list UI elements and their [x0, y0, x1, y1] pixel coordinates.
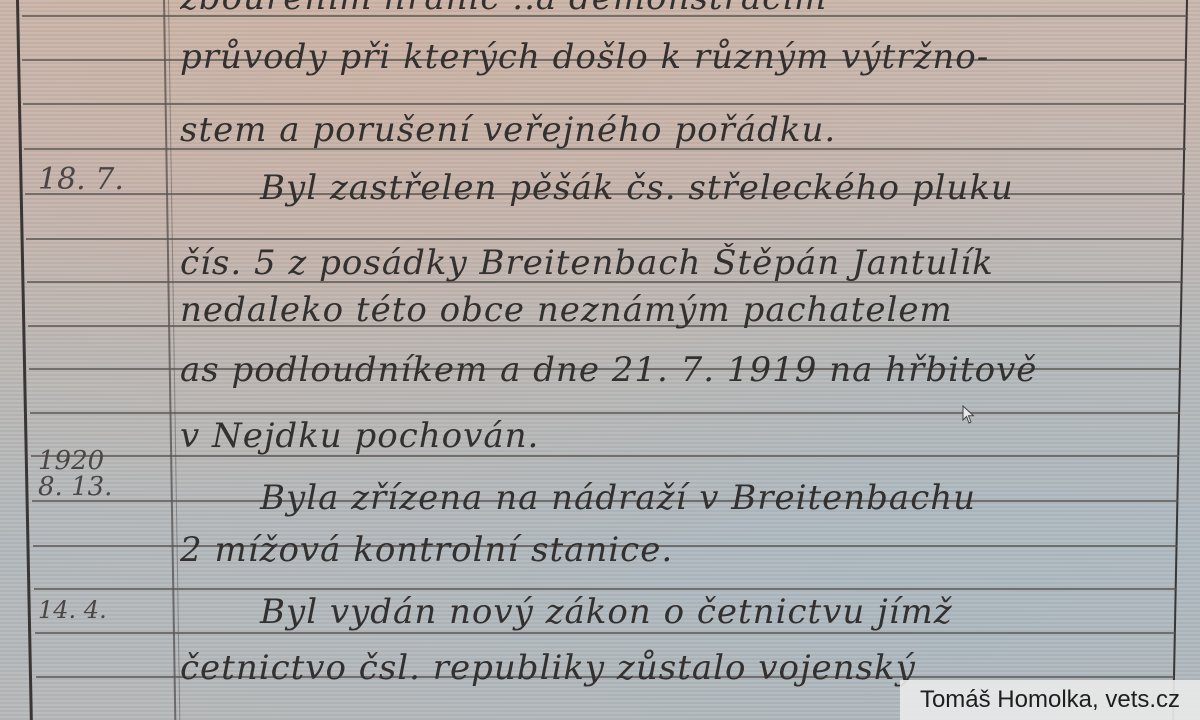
ruling-line: [35, 632, 1175, 634]
handwritten-line: Byl vydán nový zákon o četnictvu jímž: [180, 592, 1170, 632]
handwritten-line: 2 mížová kontrolní stanice.: [180, 530, 1170, 570]
right-border-rule: [1172, 0, 1188, 720]
entry-date: 14. 4.: [38, 595, 158, 625]
mouse-pointer-icon: [962, 405, 976, 425]
ledger-page: 18. 7. 1920 8. 13. 14. 4. zbourením hran…: [0, 0, 1200, 720]
handwritten-line: v Nejdku pochován.: [180, 416, 1170, 456]
handwritten-line: as podloudníkem a dne 21. 7. 1919 na hřb…: [180, 350, 1170, 390]
handwritten-line: zbourením hranic ..a demonstracím: [180, 0, 1170, 18]
handwritten-line: čís. 5 z posádky Breitenbach Štěpán Jant…: [180, 243, 1170, 283]
entry-date: 18. 7.: [38, 165, 158, 195]
left-border-rule: [16, 0, 33, 720]
handwritten-line: nedaleko této obce neznámým pachatelem: [180, 290, 1170, 330]
ruling-line: [30, 412, 1180, 414]
handwritten-line: Byl zastřelen pěšák čs. střeleckého pluk…: [180, 168, 1170, 208]
photo-credit-watermark: Tomáš Homolka, vets.cz: [900, 680, 1200, 720]
ruling-line: [34, 588, 1176, 590]
handwritten-line: Byla zřízena na nádraží v Breitenbachu: [180, 478, 1170, 518]
handwritten-line: průvody při kterých došlo k různým výtrž…: [180, 37, 1170, 77]
ruling-line: [26, 238, 1184, 240]
ruling-line: [23, 103, 1186, 105]
handwritten-line: stem a porušení veřejného pořádku.: [180, 110, 1170, 150]
entry-date: 1920 8. 13.: [38, 448, 158, 500]
